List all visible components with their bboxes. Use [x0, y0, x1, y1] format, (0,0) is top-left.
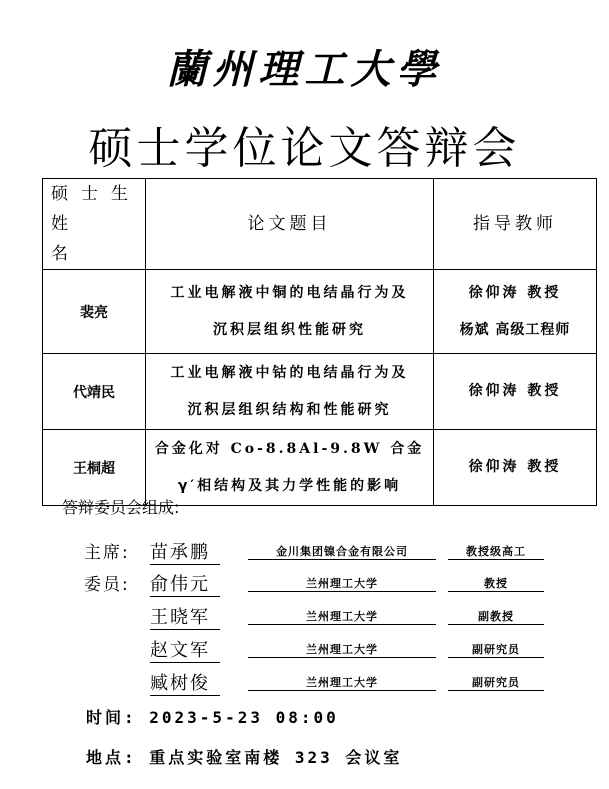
member-org: 兰州理工大学 — [248, 575, 436, 592]
page-title: 硕士学位论文答辩会 — [0, 112, 609, 176]
member-title: 教授级高工 — [448, 543, 544, 560]
member-title: 副研究员 — [448, 641, 544, 658]
student-name: 裴亮 — [43, 270, 146, 354]
member-title: 副研究员 — [448, 674, 544, 691]
table-header-row: 硕士生 姓名 论文题目 指导教师 — [43, 179, 597, 270]
member-org: 兰州理工大学 — [248, 608, 436, 625]
header-thesis: 论文题目 — [146, 179, 434, 270]
thesis-table: 硕士生 姓名 论文题目 指导教师 裴亮 工业电解液中铜的电结晶行为及沉积层组织性… — [42, 178, 597, 506]
thesis-title: 合金化对 Co-8.8Al-9.8W 合金γ′相结构及其力学性能的影响 — [146, 430, 434, 506]
member-name: 赵文军 — [150, 636, 220, 663]
member-name: 王晓军 — [150, 603, 220, 630]
advisor: 徐仰涛 教授杨斌 高级工程师 — [434, 270, 597, 354]
member-org: 金川集团镍合金有限公司 — [248, 543, 436, 560]
committee-member: 主席: 苗承鹏 金川集团镍合金有限公司 教授级高工 — [0, 538, 609, 562]
member-name: 臧树俊 — [150, 669, 220, 696]
header-student: 硕士生 姓名 — [43, 179, 146, 270]
student-name: 代靖民 — [43, 354, 146, 430]
advisor: 徐仰涛 教授 — [434, 354, 597, 430]
committee-member: 赵文军 兰州理工大学 副研究员 — [0, 636, 609, 660]
header-advisor: 指导教师 — [434, 179, 597, 270]
committee-heading: 答辩委员会组成: — [62, 495, 179, 518]
member-title: 副教授 — [448, 608, 544, 625]
committee-member: 王晓军 兰州理工大学 副教授 — [0, 603, 609, 627]
thesis-title: 工业电解液中钴的电结晶行为及沉积层组织结构和性能研究 — [146, 354, 434, 430]
member-name: 俞伟元 — [150, 570, 220, 597]
thesis-title: 工业电解液中铜的电结晶行为及沉积层组织性能研究 — [146, 270, 434, 354]
member-org: 兰州理工大学 — [248, 641, 436, 658]
university-name: 蘭州理工大學 — [0, 38, 609, 95]
table-row: 代靖民 工业电解液中钴的电结晶行为及沉积层组织结构和性能研究 徐仰涛 教授 — [43, 354, 597, 430]
committee-member: 委员: 俞伟元 兰州理工大学 教授 — [0, 570, 609, 594]
committee-member: 臧树俊 兰州理工大学 副研究员 — [0, 669, 609, 693]
advisor: 徐仰涛 教授 — [434, 430, 597, 506]
table-row: 裴亮 工业电解液中铜的电结晶行为及沉积层组织性能研究 徐仰涛 教授杨斌 高级工程… — [43, 270, 597, 354]
role-label: 主席: — [84, 538, 130, 563]
defense-place: 地点: 重点实验室南楼 323 会议室 — [86, 745, 402, 768]
member-title: 教授 — [448, 575, 544, 592]
member-org: 兰州理工大学 — [248, 674, 436, 691]
member-name: 苗承鹏 — [150, 538, 220, 565]
defense-time: 时间: 2023-5-23 08:00 — [86, 705, 339, 728]
role-label: 委员: — [84, 570, 130, 595]
